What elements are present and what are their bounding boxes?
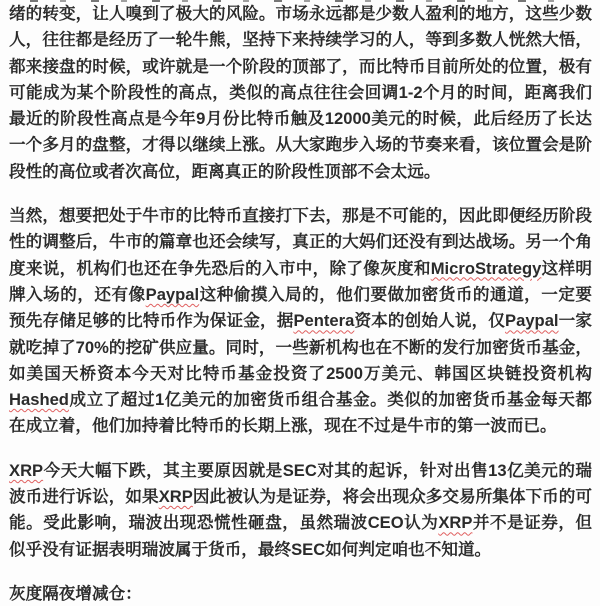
- paragraph: 灰度隔夜增减仓：: [9, 581, 592, 606]
- paragraph: 绪的转变，让人嗅到了极大的风险。市场永远都是少数人盈利的地方，这些少数人，往往都…: [9, 1, 592, 185]
- cropped-line-remnant: [30, 0, 575, 2]
- misspelled-word: Paypal: [505, 311, 559, 330]
- misspelled-word: XRP: [438, 513, 472, 532]
- text-segment: 绪的转变，让人嗅到了极大的风险。市场永远都是少数人盈利的地方，这些少数人，往往都…: [9, 4, 592, 181]
- text-segment: 资本的创始人说，仅: [354, 311, 505, 330]
- article-page: 绪的转变，让人嗅到了极大的风险。市场永远都是少数人盈利的地方，这些少数人，往往都…: [0, 0, 600, 606]
- paragraph: 当然，想要把处于牛市的比特币直接打下去，那是不可能的，因此即便经历阶段性的调整后…: [9, 203, 592, 440]
- article: 绪的转变，让人嗅到了极大的风险。市场永远都是少数人盈利的地方，这些少数人，往往都…: [9, 1, 592, 606]
- document-body: { "page": { "background_color": "#fdfdfd…: [0, 0, 600, 606]
- text-segment: 灰度隔夜增减仓：: [9, 584, 142, 603]
- misspelled-word: XRP: [159, 487, 193, 506]
- misspelled-word: Hashed: [9, 390, 69, 409]
- misspelled-word: MicroStrategy: [431, 259, 542, 278]
- misspelled-word: Pentera: [293, 311, 354, 330]
- misspelled-word: Paypal: [146, 285, 200, 304]
- misspelled-word: XRP: [9, 461, 43, 480]
- text-segment: 成立了超过1亿美元的加密货币组合基金。类似的加密货币基金每天都在成立着，他们加持…: [9, 390, 592, 435]
- paragraph: XRP今天大幅下跌，其主要原因就是SEC对其的起诉，针对出售13亿美元的瑞波币进…: [9, 458, 592, 563]
